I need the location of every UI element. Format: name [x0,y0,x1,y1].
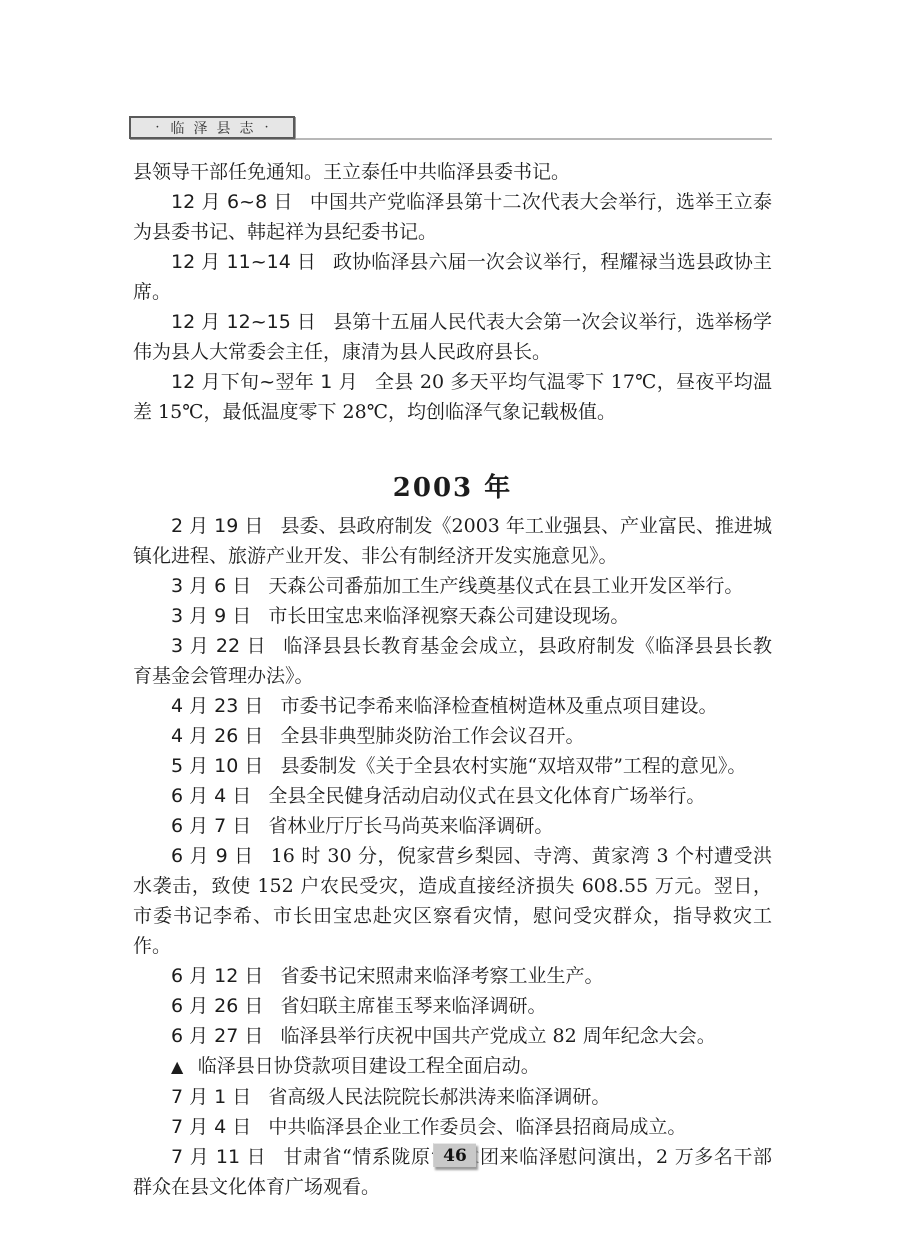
entry-date: 6 月 4 日 [171,785,251,807]
entry-date: 4 月 23 日 [171,695,263,717]
book-page: · 临泽县志 · 县领导干部任免通知。王立泰任中共临泽县委书记。12 月 6~8… [0,0,902,1256]
chronicle-entry: 县领导干部任免通知。王立泰任中共临泽县委书记。 [133,157,772,187]
page-number: 46 [443,1146,467,1166]
entry-text: 临泽县举行庆祝中国共产党成立 82 周年纪念大会。 [280,1025,715,1047]
entry-text: 省委书记宋照肃来临泽考察工业生产。 [280,965,603,987]
entry-date: 2 月 19 日 [171,515,263,537]
chronicle-content: 县领导干部任免通知。王立泰任中共临泽县委书记。12 月 6~8 日中国共产党临泽… [133,157,772,1202]
entry-text: 天森公司番茄加工生产线奠基仪式在县工业开发区举行。 [268,575,743,597]
chronicle-entry: 12 月 6~8 日中国共产党临泽县第十二次代表大会举行，选举王立泰为县委书记、… [133,187,772,247]
chronicle-entry: 12 月下旬~翌年 1 月全县 20 多天平均气温零下 17℃，昼夜平均温差 1… [133,367,772,427]
entry-text: 市长田宝忠来临泽视察天森公司建设现场。 [268,605,629,627]
chronicle-entry: 6 月 9 日16 时 30 分，倪家营乡梨园、寺湾、黄家湾 3 个村遭受洪水袭… [133,841,772,961]
chronicle-entry: 4 月 23 日市委书记李希来临泽检查植树造林及重点项目建设。 [133,691,772,721]
chronicle-entry: 12 月 12~15 日县第十五届人民代表大会第一次会议举行，选举杨学伟为县人大… [133,307,772,367]
entry-date: 6 月 12 日 [171,965,263,987]
year-heading: 2003 年 [133,471,772,505]
entry-date: 7 月 11 日 [171,1146,266,1168]
chronicle-entry: 5 月 10 日县委制发《关于全县农村实施“双培双带”工程的意见》。 [133,751,772,781]
chronicle-entry: 6 月 4 日全县全民健身活动启动仪式在县文化体育广场举行。 [133,781,772,811]
chronicle-entry: 3 月 9 日市长田宝忠来临泽视察天森公司建设现场。 [133,601,772,631]
entry-date: 3 月 6 日 [171,575,251,597]
entry-date: 12 月下旬~翌年 1 月 [171,371,358,393]
entry-text: 全县非典型肺炎防治工作会议召开。 [280,725,584,747]
entry-text: 省林业厅厅长马尚英来临泽调研。 [268,815,553,837]
entry-date: 4 月 26 日 [171,725,263,747]
chronicle-entry: 4 月 26 日全县非典型肺炎防治工作会议召开。 [133,721,772,751]
running-head-box: · 临泽县志 · [129,116,295,139]
entry-date: 7 月 1 日 [171,1086,251,1108]
chronicle-entry: 7 月 1 日省高级人民法院院长郝洪涛来临泽调研。 [133,1082,772,1112]
entry-date: 3 月 22 日 [171,635,266,657]
entry-date: 6 月 9 日 [171,845,254,867]
page-number-badge: 46 [433,1143,476,1167]
book-title: 临泽县志 [171,118,263,138]
chronicle-entry: 6 月 7 日省林业厅厅长马尚英来临泽调研。 [133,811,772,841]
entry-marker-icon: ▲ [171,1057,183,1076]
header-left-dot: · [153,120,161,135]
entry-date: 6 月 26 日 [171,995,263,1017]
chronicle-entry: 3 月 6 日天森公司番茄加工生产线奠基仪式在县工业开发区举行。 [133,571,772,601]
entry-date: 7 月 4 日 [171,1116,251,1138]
chronicle-entry: 7 月 4 日中共临泽县企业工作委员会、临泽县招商局成立。 [133,1112,772,1142]
entry-text: 临泽县日协贷款项目建设工程全面启动。 [198,1055,540,1077]
chronicle-entry: 6 月 26 日省妇联主席崔玉琴来临泽调研。 [133,991,772,1021]
entry-date: 5 月 10 日 [171,755,263,777]
entry-text: 县领导干部任免通知。王立泰任中共临泽县委书记。 [133,161,570,183]
entry-date: 6 月 7 日 [171,815,251,837]
chronicle-entry: ▲临泽县日协贷款项目建设工程全面启动。 [133,1051,772,1082]
header-right-dot: · [263,120,271,135]
chronicle-entry: 2 月 19 日县委、县政府制发《2003 年工业强县、产业富民、推进城镇化进程… [133,511,772,571]
entry-date: 3 月 9 日 [171,605,251,627]
entry-date: 12 月 12~15 日 [171,311,316,333]
entry-text: 县委制发《关于全县农村实施“双培双带”工程的意见》。 [280,755,746,777]
entry-text: 市委书记李希来临泽检查植树造林及重点项目建设。 [280,695,717,717]
entry-date: 6 月 27 日 [171,1025,263,1047]
chronicle-entry: 3 月 22 日临泽县县长教育基金会成立，县政府制发《临泽县县长教育基金会管理办… [133,631,772,691]
entry-text: 省高级人民法院院长郝洪涛来临泽调研。 [268,1086,610,1108]
entry-date: 12 月 11~14 日 [171,251,316,273]
chronicle-entry: 6 月 12 日省委书记宋照肃来临泽考察工业生产。 [133,961,772,991]
entry-text: 省妇联主席崔玉琴来临泽调研。 [280,995,546,1017]
entry-text: 中共临泽县企业工作委员会、临泽县招商局成立。 [268,1116,686,1138]
entry-text: 全县全民健身活动启动仪式在县文化体育广场举行。 [268,785,705,807]
chronicle-entry: 12 月 11~14 日政协临泽县六届一次会议举行，程耀禄当选县政协主席。 [133,247,772,307]
entry-date: 12 月 6~8 日 [171,191,293,213]
chronicle-entry: 6 月 27 日临泽县举行庆祝中国共产党成立 82 周年纪念大会。 [133,1021,772,1051]
